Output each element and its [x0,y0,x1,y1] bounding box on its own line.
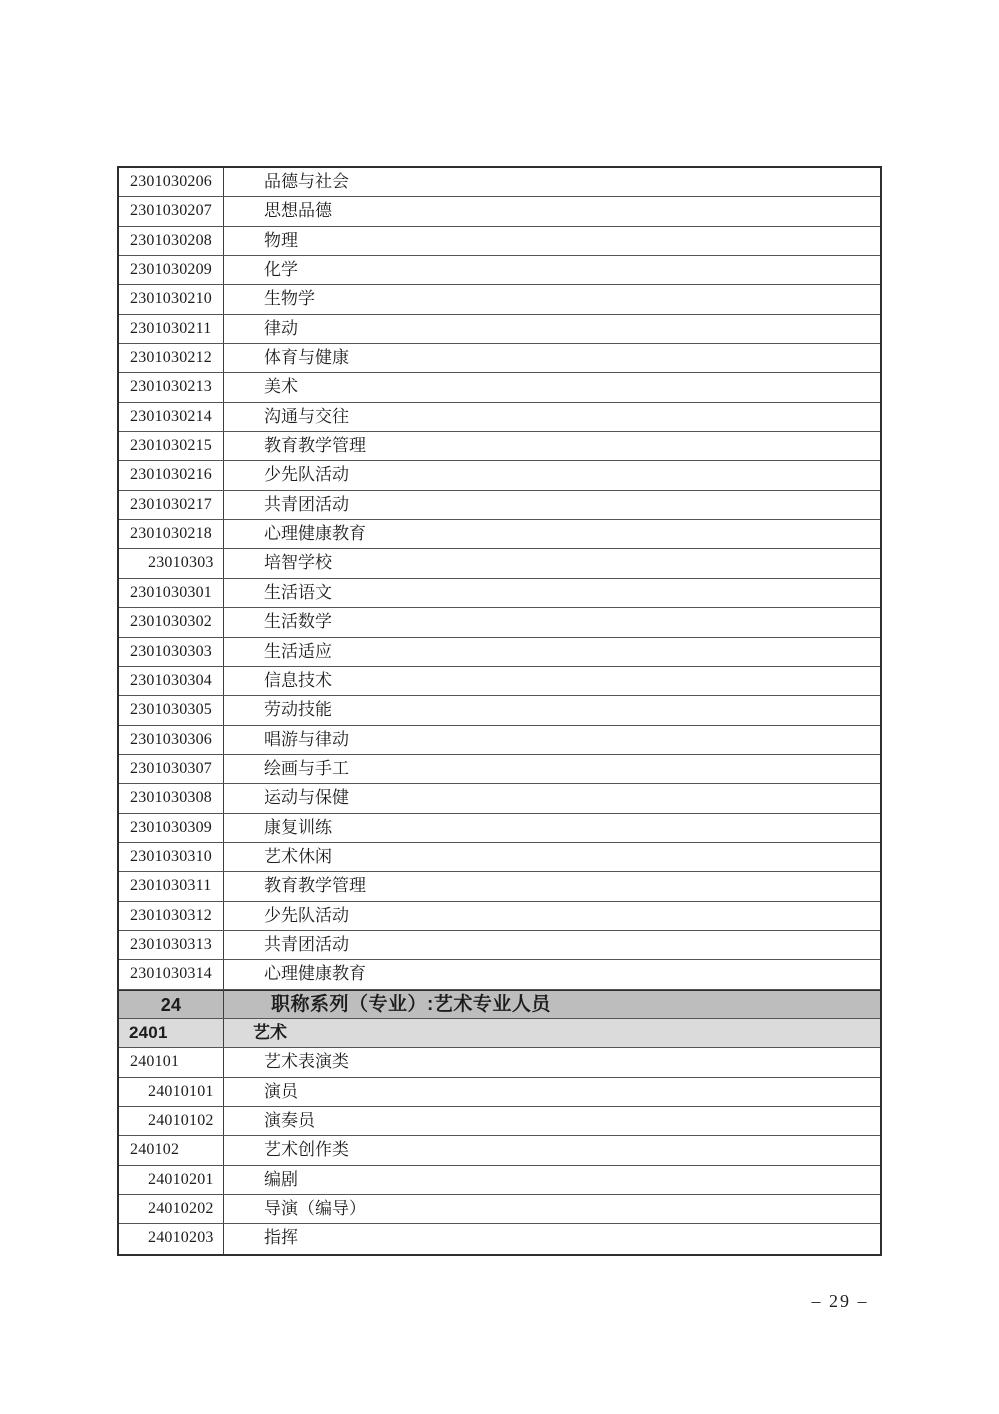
label-cell: 品德与社会 [224,168,880,196]
code-cell: 2301030309 [119,814,224,842]
label-cell: 物理 [224,227,880,255]
label-cell: 生活数学 [224,608,880,636]
label-cell: 唱游与律动 [224,726,880,754]
table-row: 2301030312少先队活动 [119,902,880,931]
code-cell: 24010101 [119,1078,224,1106]
label-cell: 艺术休闲 [224,843,880,871]
label-cell: 共青团活动 [224,931,880,959]
table-row: 240102艺术创作类 [119,1136,880,1165]
label-cell: 培智学校 [224,549,880,577]
code-cell: 2301030314 [119,960,224,988]
label-cell: 指挥 [224,1224,880,1253]
code-cell: 2301030305 [119,696,224,724]
label-cell: 信息技术 [224,667,880,695]
label-cell: 教育教学管理 [224,872,880,900]
table-row: 2301030308运动与保健 [119,784,880,813]
label-cell: 演员 [224,1078,880,1106]
table-row: 24010102演奏员 [119,1107,880,1136]
table-row: 24010203指挥 [119,1224,880,1253]
code-cell: 2301030209 [119,256,224,284]
label-cell: 劳动技能 [224,696,880,724]
table-row: 2301030218心理健康教育 [119,520,880,549]
code-cell: 2301030206 [119,168,224,196]
table-row: 2301030215教育教学管理 [119,432,880,461]
code-cell: 2301030218 [119,520,224,548]
code-cell: 240102 [119,1136,224,1164]
label-cell: 美术 [224,373,880,401]
code-cell: 2401 [119,1019,224,1047]
code-cell: 2301030307 [119,755,224,783]
label-cell: 沟通与交往 [224,403,880,431]
label-cell: 康复训练 [224,814,880,842]
label-cell: 艺术创作类 [224,1136,880,1164]
code-cell: 23010303 [119,549,224,577]
code-cell: 24010201 [119,1166,224,1194]
label-cell: 演奏员 [224,1107,880,1135]
label-cell: 编剧 [224,1166,880,1194]
table-row: 2301030207思想品德 [119,197,880,226]
table-row: 2301030208物理 [119,227,880,256]
table-row: 2301030313共青团活动 [119,931,880,960]
table-row: 24010101演员 [119,1078,880,1107]
table-row: 24职称系列（专业）:艺术专业人员 [119,990,880,1019]
table-row: 2301030211律动 [119,315,880,344]
table-row: 24010202导演（编导） [119,1195,880,1224]
document-page: 2301030206品德与社会2301030207思想品德2301030208物… [0,0,999,1414]
label-cell: 少先队活动 [224,461,880,489]
label-cell: 运动与保健 [224,784,880,812]
table-row: 2301030305劳动技能 [119,696,880,725]
code-cell: 2301030214 [119,403,224,431]
code-cell: 2301030302 [119,608,224,636]
label-cell: 共青团活动 [224,491,880,519]
table-row: 2301030206品德与社会 [119,168,880,197]
label-cell: 艺术表演类 [224,1048,880,1076]
table-row: 2301030311教育教学管理 [119,872,880,901]
table-row: 2301030209化学 [119,256,880,285]
code-cell: 2301030313 [119,931,224,959]
label-cell: 少先队活动 [224,902,880,930]
code-cell: 2301030213 [119,373,224,401]
code-cell: 24 [119,991,224,1018]
table-row: 2301030212体育与健康 [119,344,880,373]
table-row: 23010303培智学校 [119,549,880,578]
table-row: 2301030314心理健康教育 [119,960,880,989]
code-cell: 2301030217 [119,491,224,519]
table-row: 2301030309康复训练 [119,814,880,843]
code-cell: 2301030312 [119,902,224,930]
table-row: 2301030213美术 [119,373,880,402]
label-cell: 艺术 [224,1019,880,1047]
table-row: 2301030302生活数学 [119,608,880,637]
table-row: 2301030304信息技术 [119,667,880,696]
table-row: 24010201编剧 [119,1166,880,1195]
label-cell: 体育与健康 [224,344,880,372]
table-row: 2301030306唱游与律动 [119,726,880,755]
table-row: 2301030303生活适应 [119,638,880,667]
label-cell: 化学 [224,256,880,284]
table-row: 2401艺术 [119,1019,880,1048]
code-cell: 2301030310 [119,843,224,871]
code-cell: 2301030311 [119,872,224,900]
table-row: 2301030217共青团活动 [119,491,880,520]
label-cell: 职称系列（专业）:艺术专业人员 [224,991,880,1018]
label-cell: 思想品德 [224,197,880,225]
page-number: – 29 – [775,1291,905,1312]
code-cell: 2301030211 [119,315,224,343]
table-row: 2301030307绘画与手工 [119,755,880,784]
code-cell: 2301030301 [119,579,224,607]
code-cell: 2301030216 [119,461,224,489]
label-cell: 心理健康教育 [224,520,880,548]
code-cell: 24010203 [119,1224,224,1253]
label-cell: 心理健康教育 [224,960,880,988]
label-cell: 教育教学管理 [224,432,880,460]
classification-table: 2301030206品德与社会2301030207思想品德2301030208物… [117,166,882,1256]
code-cell: 2301030210 [119,285,224,313]
label-cell: 律动 [224,315,880,343]
code-cell: 24010202 [119,1195,224,1223]
label-cell: 生活适应 [224,638,880,666]
code-cell: 240101 [119,1048,224,1076]
label-cell: 导演（编导） [224,1195,880,1223]
code-cell: 2301030207 [119,197,224,225]
code-cell: 2301030215 [119,432,224,460]
code-cell: 2301030212 [119,344,224,372]
label-cell: 生活语文 [224,579,880,607]
table-row: 2301030301生活语文 [119,579,880,608]
code-cell: 2301030303 [119,638,224,666]
code-cell: 2301030304 [119,667,224,695]
label-cell: 生物学 [224,285,880,313]
table-row: 2301030214沟通与交往 [119,403,880,432]
code-cell: 24010102 [119,1107,224,1135]
code-cell: 2301030306 [119,726,224,754]
code-cell: 2301030308 [119,784,224,812]
code-cell: 2301030208 [119,227,224,255]
table-row: 240101艺术表演类 [119,1048,880,1077]
label-cell: 绘画与手工 [224,755,880,783]
table-row: 2301030310艺术休闲 [119,843,880,872]
table-row: 2301030210生物学 [119,285,880,314]
table-row: 2301030216少先队活动 [119,461,880,490]
